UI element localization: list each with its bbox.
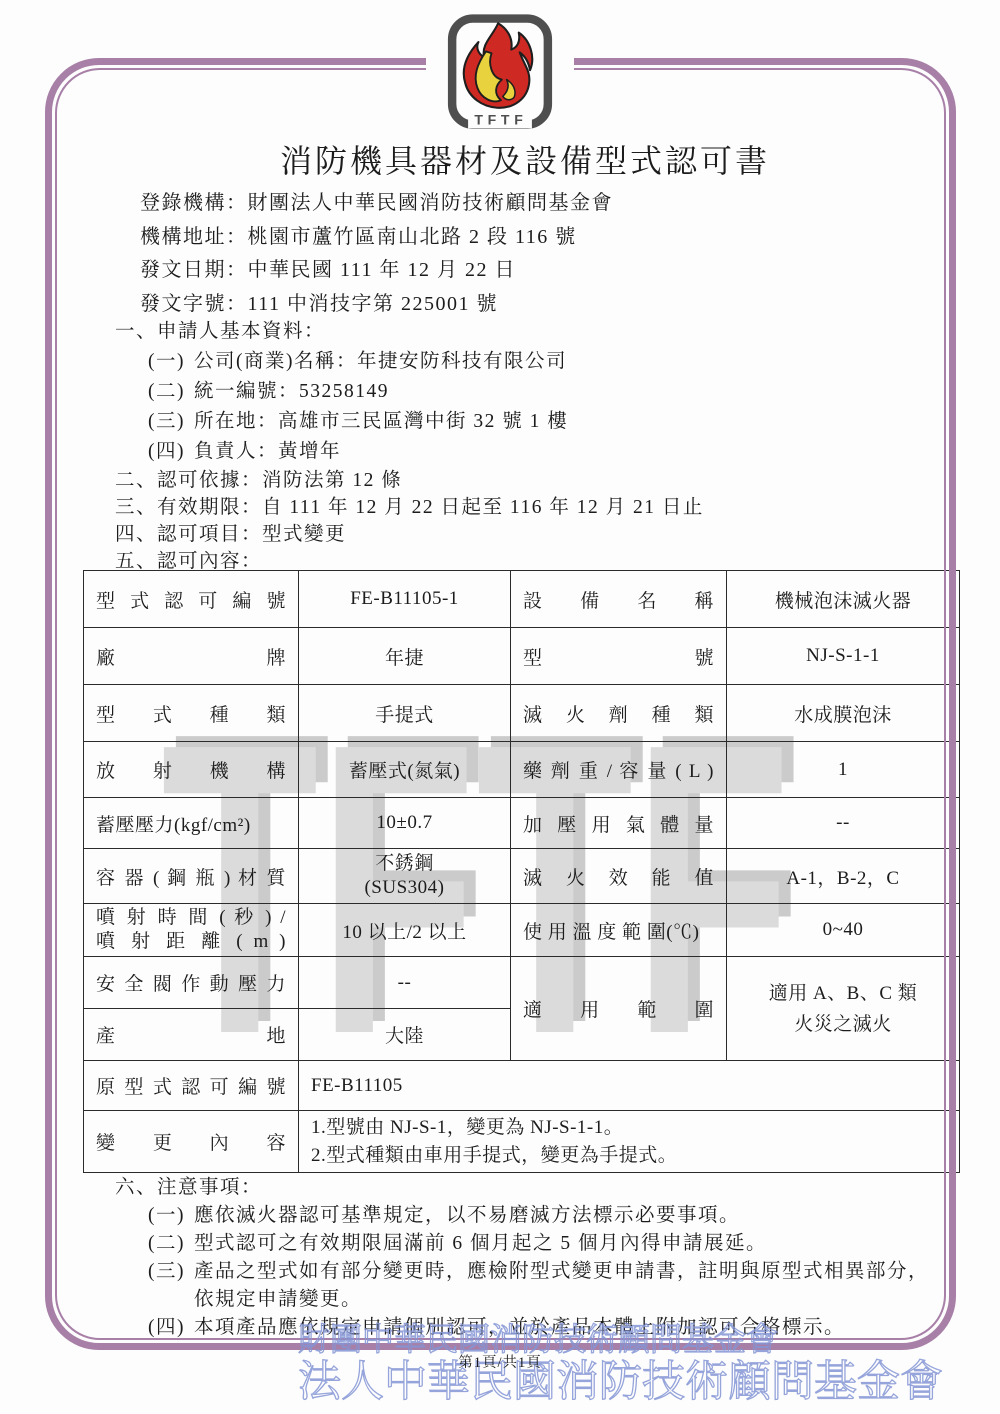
logo-tftf-text: TFTF [474, 112, 527, 128]
page-number: 第1頁/共1頁 [0, 1351, 1000, 1372]
certificate-page: TFTF 消防機具器材及設備型式認可書 登錄機構：財團法人中華民國消防技術顧問基… [0, 0, 1000, 1414]
decorative-border-frame [45, 58, 956, 1350]
tftf-flame-logo-icon: TFTF [443, 12, 557, 134]
